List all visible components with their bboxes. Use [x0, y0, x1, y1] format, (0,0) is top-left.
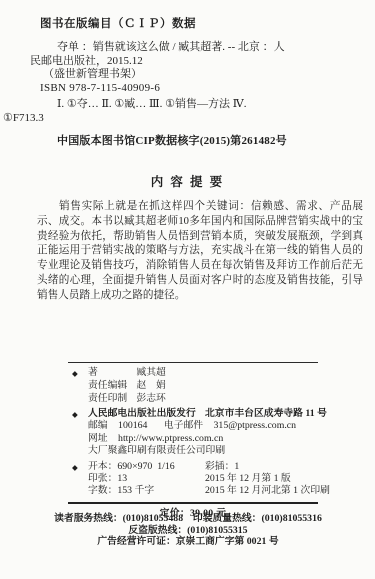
format-row: ◆ 开本：690×970 1/16 彩插：1	[68, 461, 318, 473]
cip-header: 图书在版编目（ＣＩＰ）数据	[40, 15, 196, 31]
postcode-value: 100164	[118, 420, 147, 431]
format-left: 字数：153 千字	[88, 485, 154, 496]
credit-value: 臧其超	[136, 367, 165, 378]
cip-classification: Ⅰ. ①夺… Ⅱ. ①臧… Ⅲ. ①销售—方法 Ⅳ. ①F713.3	[3, 98, 348, 125]
cip-classification-line-2: ①F713.3	[3, 112, 348, 126]
credit-label: 著	[88, 366, 134, 379]
website-label: 网址	[88, 433, 108, 444]
credit-row: 责任编辑 赵 娟	[68, 379, 318, 392]
publisher-row: ◆ 人民邮电出版社出版发行 北京市丰台区成寿寺路 11 号	[68, 408, 318, 420]
hotline-line-2: 反盗版热线：(010)81055315	[16, 525, 360, 537]
format-left: 开本：690×970 1/16	[88, 461, 175, 472]
cip-record: 夺单 ：销售就该这么做 / 臧其超著. -- 北京 ：人 民邮电出版社，2015…	[30, 41, 345, 95]
printer-row: 大厂聚鑫印刷有限责任公司印刷	[68, 445, 318, 457]
format-row: 印张：13 2015 年 12 月第 1 版	[68, 473, 318, 485]
email-value: 315@ptpress.com.cn	[214, 420, 296, 431]
hotline-line-3: 广告经营许可证：京崇工商广字第 0021 号	[16, 536, 360, 548]
email-label: 电子邮件	[164, 420, 203, 431]
credits-group: ◆ 著 臧其超 责任编辑 赵 娟 责任印制 彭志环	[68, 366, 318, 405]
format-group: ◆ 开本：690×970 1/16 彩插：1 印张：13 2015 年 12 月…	[68, 461, 318, 498]
cip-series: （盛世新管理书架）	[30, 68, 345, 82]
format-right: 2015 年 12 月第 1 版	[205, 473, 291, 485]
format-right: 彩插：1	[205, 461, 239, 473]
colophon-bottom-rule	[68, 502, 318, 504]
format-right: 2015 年 12 月河北第 1 次印刷	[205, 485, 330, 497]
credit-row: 责任印制 彭志环	[68, 392, 318, 405]
copyright-page: 图书在版编目（ＣＩＰ）数据 夺单 ：销售就该这么做 / 臧其超著. -- 北京 …	[0, 0, 375, 579]
credit-row: ◆ 著 臧其超	[68, 366, 318, 379]
postcode-email-row: 邮编 100164 电子邮件 315@ptpress.com.cn	[68, 420, 318, 432]
format-left: 印张：13	[88, 473, 127, 484]
hotlines: 读者服务热线：(010)81055488 印装质量热线：(010)8105531…	[16, 513, 360, 548]
postcode-label: 邮编	[88, 420, 108, 431]
printer-name: 大厂聚鑫印刷有限责任公司印刷	[88, 445, 225, 456]
publisher-address: 北京市丰台区成寿寺路 11 号	[205, 408, 327, 420]
format-row: 字数：153 千字 2015 年 12 月河北第 1 次印刷	[68, 485, 318, 497]
cip-isbn: ISBN 978-7-115-40909-6	[30, 82, 345, 96]
colophon: ◆ 著 臧其超 责任编辑 赵 娟 责任印制 彭志环 ◆ 人民邮电出版社出版发行 …	[68, 362, 318, 520]
abstract-heading: 内 容 提 要	[0, 172, 375, 190]
cip-registry-number: 中国版本图书馆CIP数据核字(2015)第261482号	[57, 132, 287, 148]
cip-classification-line-1: Ⅰ. ①夺… Ⅱ. ①臧… Ⅲ. ①销售—方法 Ⅳ.	[3, 98, 348, 112]
credit-value: 赵 娟	[136, 380, 165, 391]
credit-value: 彭志环	[136, 393, 165, 404]
hotline-line-1: 读者服务热线：(010)81055488 印装质量热线：(010)8105531…	[16, 513, 360, 525]
credit-label: 责任编辑	[88, 379, 134, 392]
credit-label: 责任印制	[88, 392, 134, 405]
publisher-name: 人民邮电出版社出版发行	[88, 408, 196, 419]
cip-title-line-2: 民邮电出版社，2015.12	[30, 55, 345, 69]
website-value: http://www.ptpress.com.cn	[118, 433, 223, 444]
publisher-group: ◆ 人民邮电出版社出版发行 北京市丰台区成寿寺路 11 号 邮编 100164 …	[68, 408, 318, 458]
website-row: 网址 http://www.ptpress.com.cn	[68, 433, 318, 445]
cip-title-line-1: 夺单 ：销售就该这么做 / 臧其超著. -- 北京 ：人	[30, 41, 345, 55]
abstract-paragraph: 销售实际上就是在抓这样四个关键词：信赖感、需求、产品展示、成交。本书以臧其超老师…	[37, 200, 363, 304]
